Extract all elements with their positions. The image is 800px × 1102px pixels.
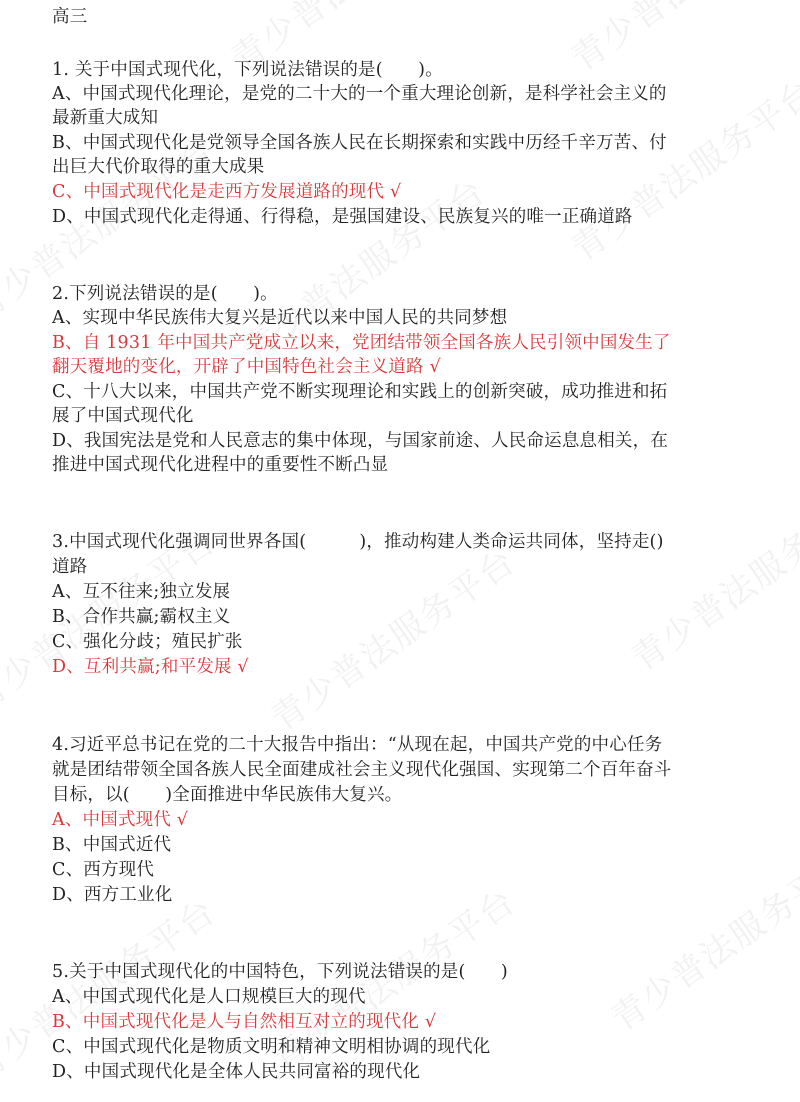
option-c-correct: C、中国式现代化是走西方发展道路的现代 √: [52, 180, 401, 204]
watermark-text: 青少普法服务平台: [620, 475, 800, 680]
question-stem: 5.关于中国式现代化的中国特色，下列说法错误的是( ): [52, 960, 508, 984]
option-d: D、我国宪法是党和人民意志的集中体现，与国家前途、人民命运息息相关，在: [52, 429, 668, 453]
option-b-correct: B、中国式现代化是人与自然相互对立的现代化 √: [52, 1010, 436, 1034]
option-d-correct: D、互利共赢;和平发展 √: [52, 655, 249, 679]
option-a: A、互不往来;独立发展: [52, 580, 230, 604]
question-stem: 4.习近平总书记在党的二十大报告中指出：“从现在起，中国共产党的中心任务: [52, 733, 662, 757]
watermark-text: 青少普法服务平台: [560, 0, 800, 80]
option-b: B、中国式近代: [52, 833, 171, 857]
document-header: 高三: [52, 5, 87, 29]
watermark-text: 青少普法服务平台: [260, 535, 524, 740]
option-b-correct-cont: 翻天覆地的变化，开辟了中国特色社会主义道路 √: [52, 355, 441, 379]
option-a: A、中国式现代化理论，是党的二十大的一个重大理论创新，是科学社会主义的: [52, 82, 667, 106]
option-d: D、中国式现代化走得通、行得稳，是强国建设、民族复兴的唯一正确道路: [52, 205, 633, 229]
option-a: A、实现中华民族伟大复兴是近代以来中国人民的共同梦想: [52, 306, 507, 330]
question-stem: 2.下列说法错误的是( )。: [52, 282, 278, 306]
question-stem-cont: 就是团结带领全国各族人民全面建成社会主义现代化强国、实现第二个百年奋斗: [52, 758, 672, 782]
option-a-cont: 最新重大成知: [52, 106, 158, 130]
option-c-cont: 展了中国式现代化: [52, 404, 194, 428]
option-c: C、十八大以来，中国共产党不断实现理论和实践上的创新突破，成功推进和拓: [52, 380, 667, 404]
question-stem-cont: 道路: [52, 555, 87, 579]
option-b-correct: B、自 1931 年中国共产党成立以来，党团结带领全国各族人民引领中国发生了: [52, 331, 671, 355]
option-a: A、中国式现代化是人口规模巨大的现代: [52, 985, 366, 1009]
question-stem: 1. 关于中国式现代化，下列说法错误的是( )。: [52, 58, 443, 82]
option-c: C、中国式现代化是物质文明和精神文明相协调的现代化: [52, 1035, 490, 1059]
option-a-correct: A、中国式现代 √: [52, 808, 188, 832]
option-c: C、西方现代: [52, 858, 154, 882]
question-stem: 3.中国式现代化强调同世界各国( )，推动构建人类命运共同体，坚持走(): [52, 530, 664, 554]
option-b: B、合作共赢;霸权主义: [52, 605, 230, 629]
option-c: C、强化分歧；殖民扩张: [52, 630, 243, 654]
option-d: D、中国式现代化是全体人民共同富裕的现代化: [52, 1060, 420, 1084]
question-stem-cont: 目标，以( )全面推进中华民族伟大复兴。: [52, 783, 402, 807]
option-d: D、西方工业化: [52, 883, 172, 907]
option-b: B、中国式现代化是党领导全国各族人民在长期探索和实践中历经千辛万苦、付: [52, 131, 667, 155]
option-b-cont: 出巨大代价取得的重大成果: [52, 155, 264, 179]
option-d-cont: 推进中国式现代化进程中的重要性不断凸显: [52, 453, 388, 477]
watermark-text: 青少普法服务平台: [600, 835, 800, 1040]
